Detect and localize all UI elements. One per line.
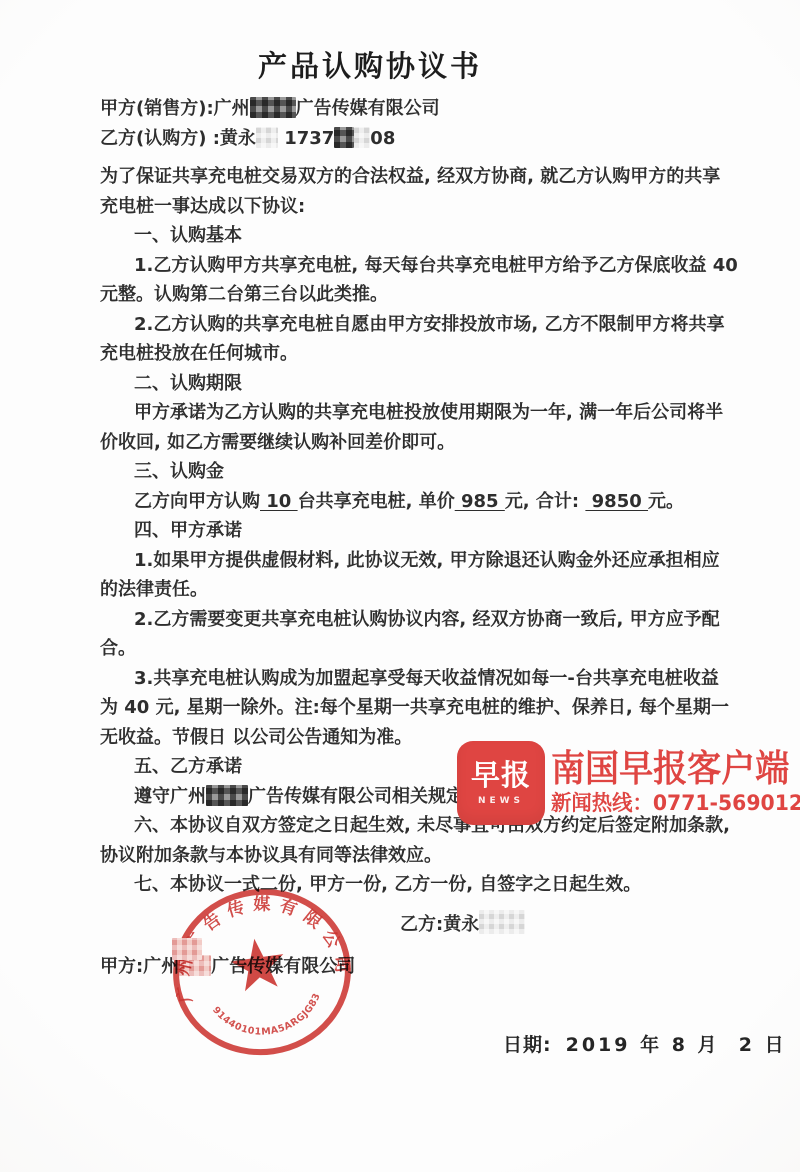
contract-text: 乙方向甲方认购 [134,491,260,512]
contract-text: 为了保证共享充电桩交易双方的合法权益, 经双方协商, 就乙方认购甲方的共享 [100,166,720,187]
filled-in-value: 10 [260,491,298,512]
redacted-text [256,127,278,148]
contract-line: 价收回, 如乙方需要继续认购补回差价即可。 [100,428,712,458]
redacted-text [250,97,296,118]
contract-text: 无收益。节假日 以公司公告通知为准。 [100,727,412,748]
contract-text: 六、本协议自双方签定之日起生效, 未尽事宜可由双方约定后签定附加条款, [134,815,730,836]
contract-line: 四、甲方承诺 [100,516,712,546]
contract-text: 甲方承诺为乙方认购的共享充电桩投放使用期限为一年, 满一年后公司将半 [134,402,723,423]
contract-text: 1.如果甲方提供虚假材料, 此协议无效, 甲方除退还认购金外还应承担相应 [134,550,720,571]
contract-line: 合。 [100,634,712,664]
company-stamp: 广州广告传媒有限公司 91440101MA5ARGJG83 [160,874,364,1070]
contract-line: 1.如果甲方提供虚假材料, 此协议无效, 甲方除退还认购金外还应承担相应 [100,546,712,576]
redacted-text [206,785,248,806]
contract-text: 2.乙方需要变更共享充电桩认购协议内容, 经双方协商一致后, 甲方应予配 [134,609,720,630]
contract-text: 元整。认购第二台第三台以此类推。 [100,284,388,305]
contract-text: 1.乙方认购甲方共享充电桩, 每天每台共享充电桩甲方给予乙方保底收益 40 [134,255,738,276]
contract-line: 乙方(认购方) :黄永 173708 [100,124,712,154]
contract-text: 合。 [100,638,136,659]
contract-text: 一、认购基本 [134,225,242,246]
contract-line: 甲方承诺为乙方认购的共享充电桩投放使用期限为一年, 满一年后公司将半 [100,398,712,428]
redacted-text [334,127,354,148]
document-title: 产品认购协议书 [90,44,650,85]
star-icon [228,935,288,993]
watermark-headline: 南国早报客户端 [551,738,789,792]
contract-text: 甲方(销售方):广州 [100,98,250,119]
contract-line: 元整。认购第二台第三台以此类推。 [100,280,712,310]
contract-line: 的法律责任。 [100,575,712,605]
contract-text: 元, 合计: [505,491,586,512]
redacted-text [172,938,202,960]
contract-line: 乙方向甲方认购 10 台共享充电桩, 单价 985 元, 合计: 9850 元。 [100,487,712,517]
contract-line: 2.乙方认购的共享充电桩自愿由甲方安排投放市场, 乙方不限制甲方将共享 [100,310,712,340]
badge-subtitle: NEWS [478,796,524,806]
contract-text: 3.共享充电桩认购成为加盟起享受每天收益情况如每一-台共享充电桩收益 [134,668,719,689]
newspaper-badge-icon: 早报 NEWS [457,741,545,825]
contract-text: 元。 [648,491,684,512]
contract-text: 乙方(认购方) :黄永 [100,128,256,149]
contract-text: 台共享充电桩, 单价 [298,491,455,512]
contract-text: 为 40 元, 星期一除外。注:每个星期一共享充电桩的维护、保养日, 每个星期一 [100,697,729,718]
date-line: 日期:2019 年 8 月 2 日 [503,1030,787,1057]
contract-text: 协议附加条款与本协议具有同等法律效应。 [100,845,442,866]
contract-line: 充电桩投放在任何城市。 [100,339,712,369]
contract-line: 三、认购金 [100,457,712,487]
contract-text: 2.乙方认购的共享充电桩自愿由甲方安排投放市场, 乙方不限制甲方将共享 [134,314,724,335]
contract-line: 3.共享充电桩认购成为加盟起享受每天收益情况如每一-台共享充电桩收益 [100,664,712,694]
contract-text: 08 [370,128,395,149]
contract-line: 1.乙方认购甲方共享充电桩, 每天每台共享充电桩甲方给予乙方保底收益 40 [100,251,712,281]
contract-line: 一、认购基本 [100,221,712,251]
contract-document-photo: 产品认购协议书 甲方(销售方):广州广告传媒有限公司乙方(认购方) :黄永 17… [0,0,800,1172]
contract-text: 的法律责任。 [100,579,208,600]
contract-text: 广告传媒有限公司 [296,98,440,119]
contract-text: 价收回, 如乙方需要继续认购补回差价即可。 [100,432,455,453]
date-value: 2019 年 8 月 2 日 [566,1034,787,1056]
party-b-signature-label: 乙方:黄永 [400,914,479,935]
contract-line: 为 40 元, 星期一除外。注:每个星期一共享充电桩的维护、保养日, 每个星期一 [100,693,712,723]
contract-line: 充电桩一事达成以下协议: [100,192,712,222]
contract-line: 2.乙方需要变更共享充电桩认购协议内容, 经双方协商一致后, 甲方应予配 [100,605,712,635]
filled-in-value: 985 [455,491,505,512]
contract-text: 广告传媒有限公司相关规定。 [248,786,482,807]
contract-line: 为了保证共享充电桩交易双方的合法权益, 经双方协商, 就乙方认购甲方的共享 [100,162,712,192]
contract-line: 协议附加条款与本协议具有同等法律效应。 [100,841,712,871]
contract-text: 1737 [278,128,334,149]
contract-text: 充电桩投放在任何城市。 [100,343,298,364]
contract-text: 遵守广州 [134,786,206,807]
signature-party-b: 乙方:黄永 [400,910,525,936]
contract-line: 二、认购期限 [100,369,712,399]
badge-title: 早报 [471,760,531,790]
filled-in-value: 9850 [585,491,648,512]
contract-text: 三、认购金 [134,461,224,482]
watermark-hotline: 新闻热线：0771-5690127 [551,787,800,817]
redacted-text [354,127,370,148]
contract-text: 四、甲方承诺 [134,520,242,541]
contract-text: 充电桩一事达成以下协议: [100,196,305,217]
contract-text: 二、认购期限 [134,373,242,394]
contract-text: 五、乙方承诺 [134,756,242,777]
redacted-text [479,910,525,934]
contract-line: 甲方(销售方):广州广告传媒有限公司 [100,94,712,124]
date-label: 日期: [503,1034,552,1056]
